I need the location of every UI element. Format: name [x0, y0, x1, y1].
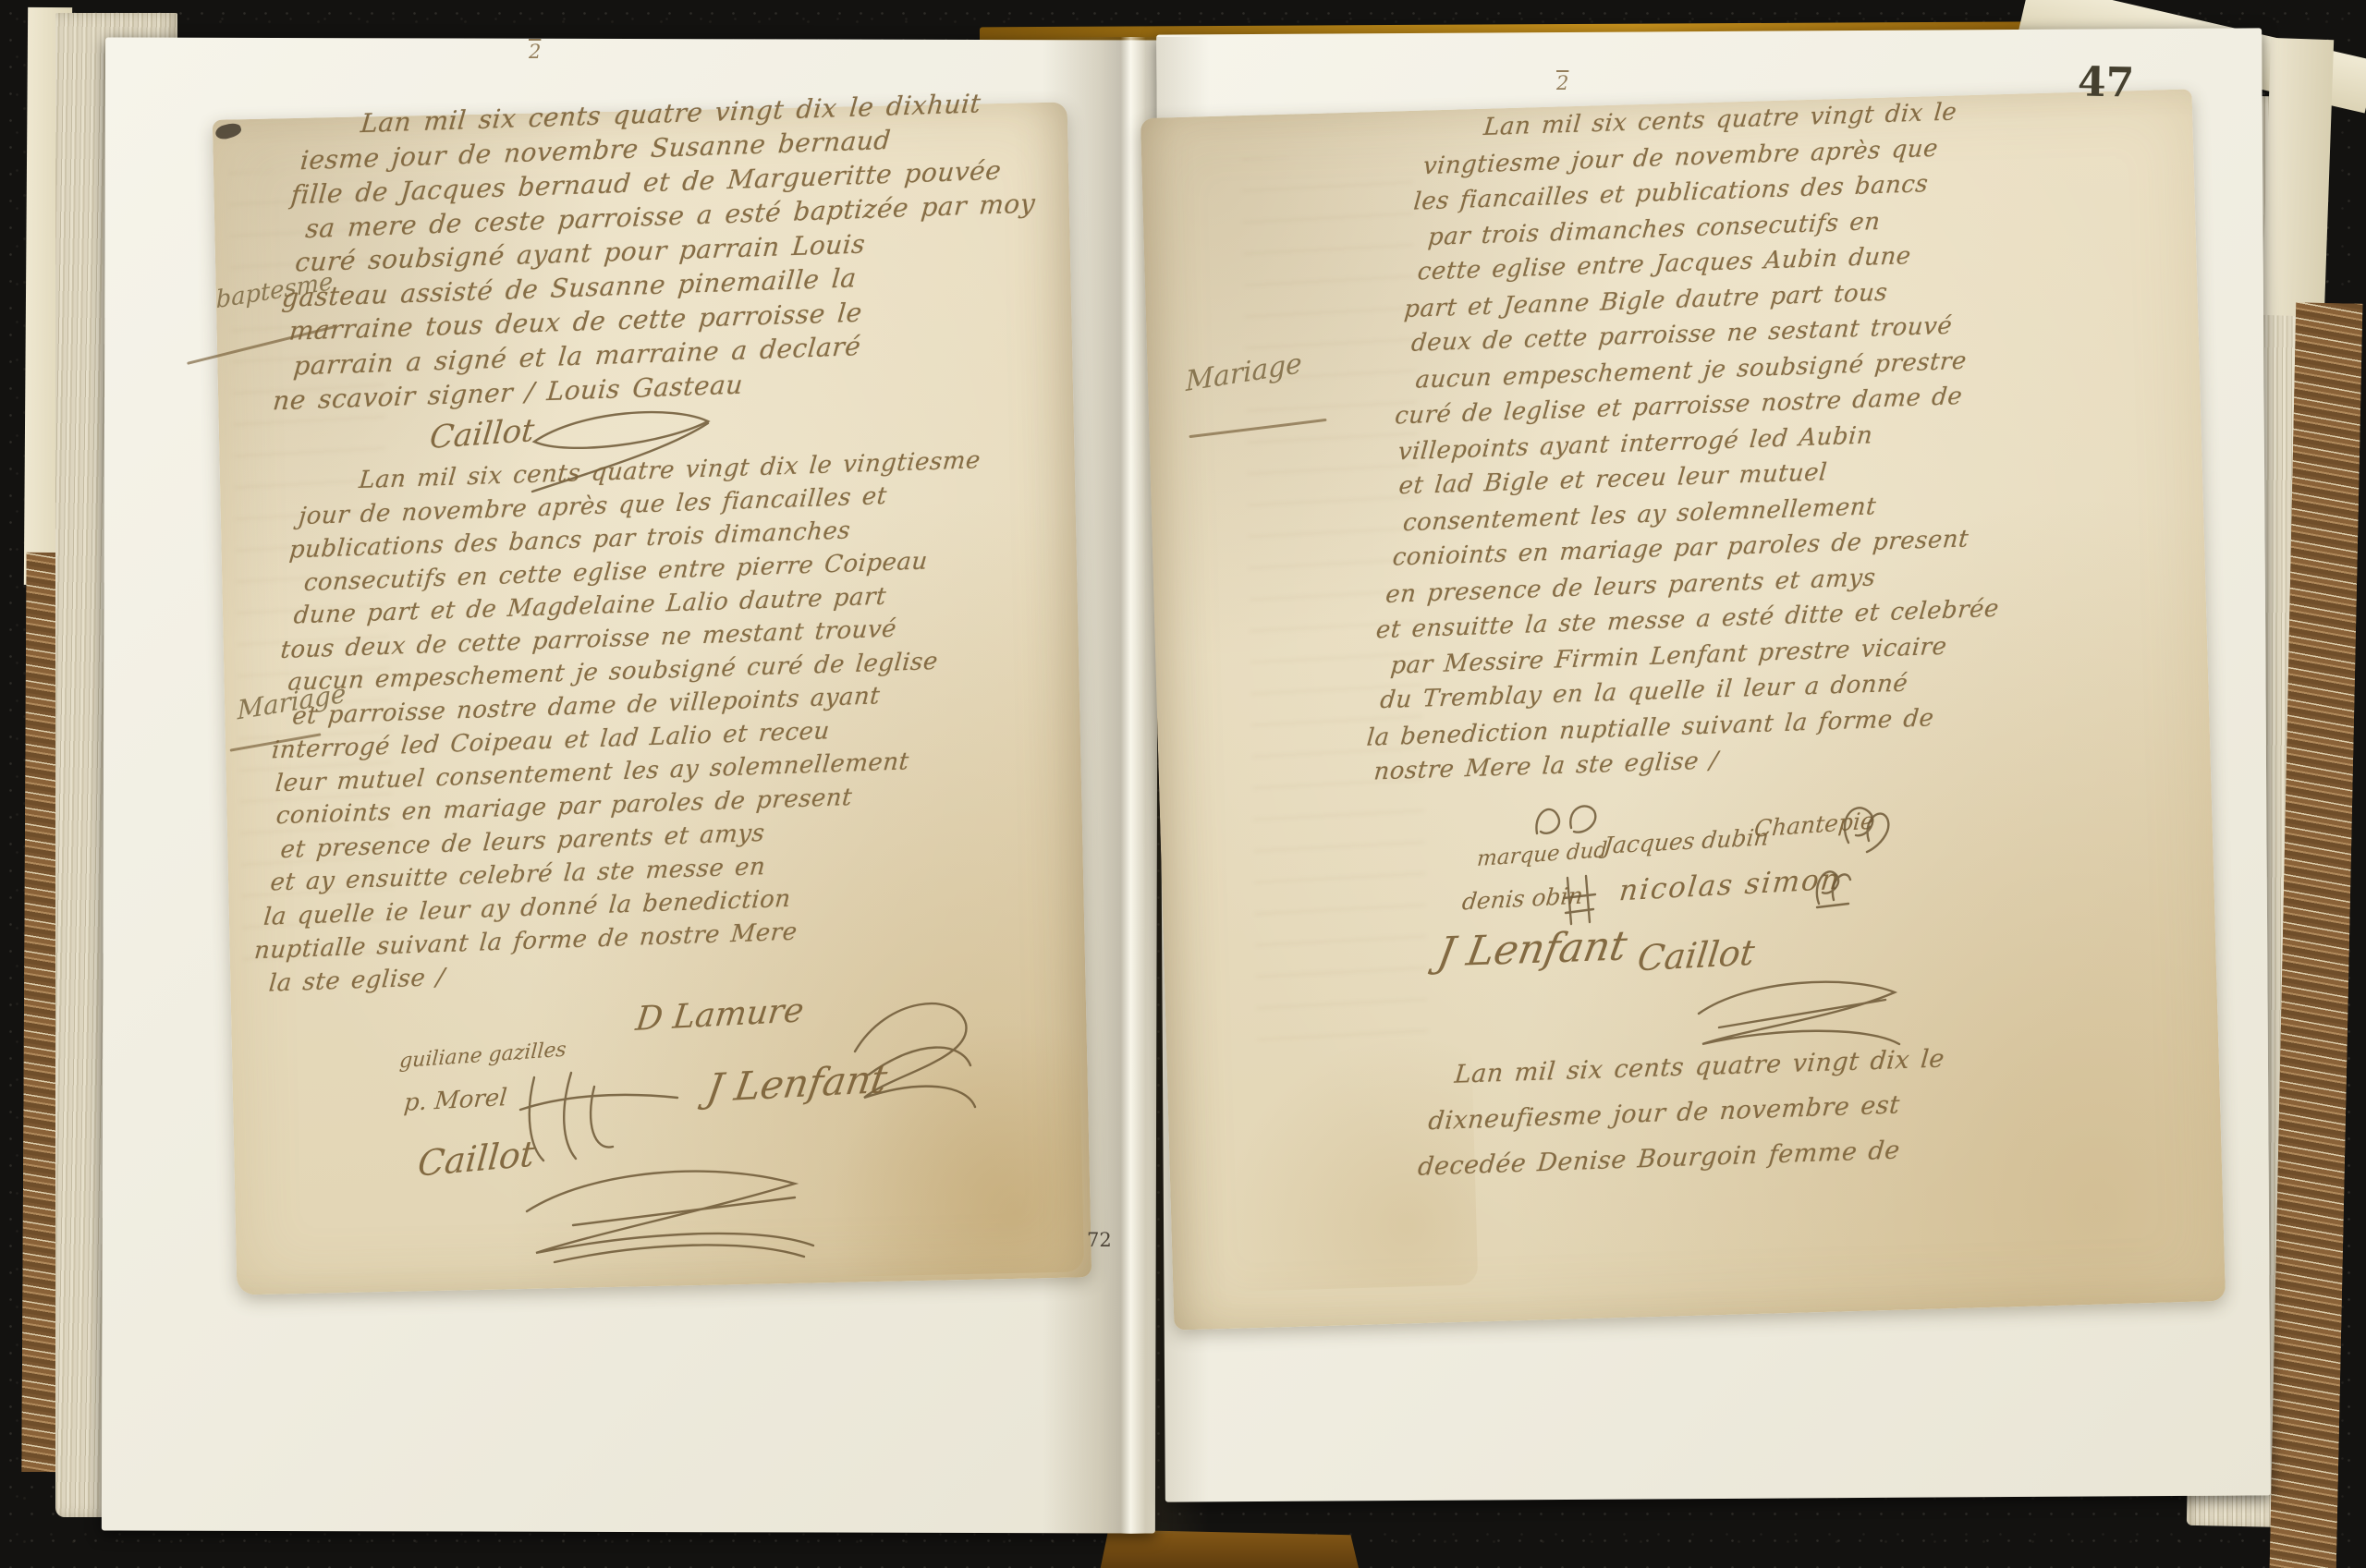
signature-paraph — [1830, 796, 1895, 861]
sheet-number: 72 — [1087, 1229, 1112, 1251]
marriage-entry-text-right: Lan mil six cents quatre vingt dix levin… — [1369, 86, 2186, 791]
baptism-entry-text: Lan mil six cents quatre vingt dix le di… — [278, 84, 1026, 418]
burial-entry-text: Lan mil six cents quatre vingt dix ledix… — [1422, 1038, 1878, 1189]
right-cover-vellum-edge-side — [2262, 38, 2334, 317]
signature-flourish — [518, 1161, 832, 1271]
witness-mark — [1810, 857, 1854, 911]
corner-damage-spot — [214, 121, 243, 141]
witness-mark — [1560, 872, 1599, 930]
marriage-entry-text-left: Lan mil six cents quatre vingt dix le vi… — [256, 441, 1042, 1001]
groom-mark — [1530, 796, 1604, 845]
photograph-of-open-register: 47 72 2 2 baptesme Lan mil six cents qua… — [0, 0, 2366, 1568]
signature-lenfant-right: J Lenfant — [1434, 922, 1631, 976]
signature-paraph — [836, 987, 984, 1125]
signature-morel: p. Morel — [403, 1084, 508, 1117]
signature-caillot: Caillot — [428, 412, 536, 456]
quire-mark-left: 2 — [529, 41, 541, 63]
quire-mark-right: 2 — [1556, 72, 1568, 94]
